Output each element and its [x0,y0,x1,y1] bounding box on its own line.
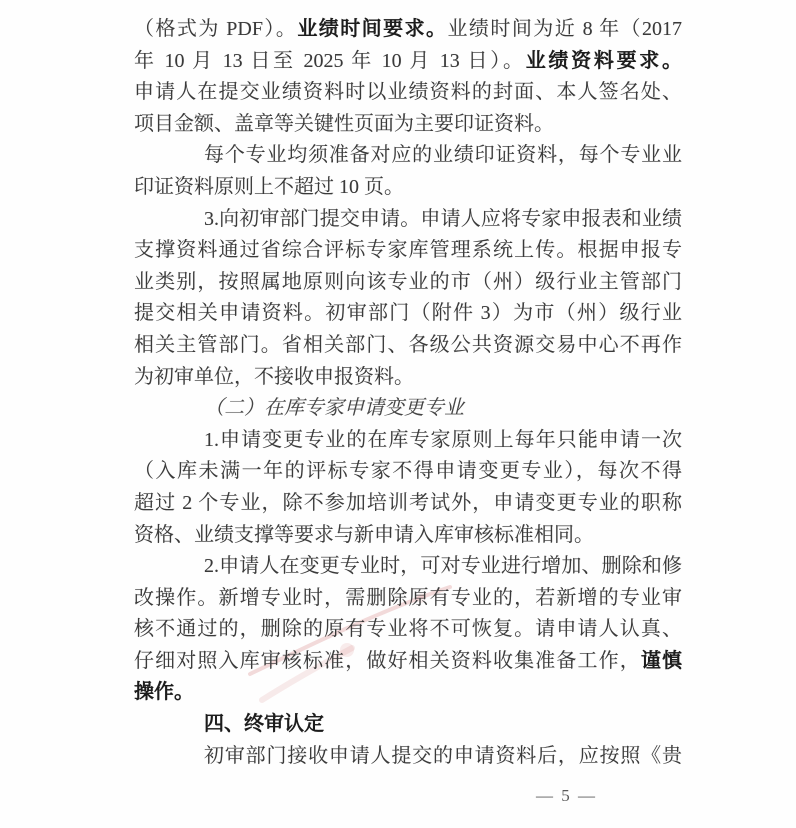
text-run: 每个专业均须准备对应的业绩印证资料，每个专业业绩 [134,144,682,172]
text-line-7: 3.向初审部门提交申请。申请人应将专家申报表和业绩 [134,204,682,236]
text-line-18: 2.申请人在变更专业时，可对专业进行增加、删除和修 [134,551,682,583]
text-line-12: 为初审单位，不接收申报资料。 [134,362,682,394]
text-line-2: 年 10 月 13 日至 2025 年 10 月 13 日）。业绩资料要求。 [134,46,682,78]
text-line-10: 提交相关申请资料。初审部门（附件 3）为市（州）级行业 [134,298,682,330]
text-line-14: 1.申请变更专业的在库专家原则上每年只能申请一次 [134,425,682,457]
text-line-13: （二）在库专家申请变更专业 [134,393,682,425]
text-run: 核不通过的，删除的原有专业将不可恢复。请申请人认真、 [134,618,682,640]
text-run: 资格、业绩支撑等要求与新申请入库审核标准相同。 [134,524,594,546]
text-run: 改操作。新增专业时，需删除原有专业的，若新增的专业审 [134,587,682,609]
text-line-23: 四、终审认定 [134,709,682,741]
text-line-4: 项目金额、盖章等关键性页面为主要印证资料。 [134,109,682,141]
bold-text-run: 操作。 [134,681,194,703]
text-run: 申请人在提交业绩资料时以业绩资料的封面、本人签名处、 [134,81,682,103]
text-line-15: （入库未满一年的评标专家不得申请变更专业），每次不得 [134,456,682,488]
text-line-24: 初审部门接收申请人提交的申请资料后，应按照《贵州 [134,741,682,773]
text-run: 相关主管部门。省相关部门、各级公共资源交易中心不再作 [134,334,682,356]
text-run: 仔细对照入库审核标准，做好相关资料收集准备工作， [134,650,641,672]
text-run: 1.申请变更专业的在库专家原则上每年只能申请一次 [204,429,682,451]
text-line-19: 改操作。新增专业时，需删除原有专业的，若新增的专业审 [134,583,682,615]
document-page: （格式为 PDF）。业绩时间要求。业绩时间为近 8 年（2017年 10 月 1… [0,0,796,828]
text-run: 业类别，按照属地原则向该专业的市（州）级行业主管部门 [134,271,682,293]
text-run: （格式为 PDF）。 [134,18,297,40]
text-run: 初审部门接收申请人提交的申请资料后，应按照《贵州 [134,745,682,773]
text-run: 业绩时间为近 8 年（2017 [447,18,682,40]
text-line-3: 申请人在提交业绩资料时以业绩资料的封面、本人签名处、 [134,77,682,109]
text-line-8: 支撑资料通过省综合评标专家库管理系统上传。根据申报专 [134,235,682,267]
bold-text-run: 谨慎 [641,650,682,672]
text-line-1: （格式为 PDF）。业绩时间要求。业绩时间为近 8 年（2017 [134,14,682,46]
text-run: 印证资料原则上不超过 10 页。 [134,176,404,198]
text-run: 3.向初审部门提交申请。申请人应将专家申报表和业绩 [204,208,682,230]
document-lines: （格式为 PDF）。业绩时间要求。业绩时间为近 8 年（2017年 10 月 1… [134,14,682,772]
text-run: （入库未满一年的评标专家不得申请变更专业），每次不得 [134,460,682,482]
text-run: 2.申请人在变更专业时，可对专业进行增加、删除和修 [204,555,682,577]
text-line-17: 资格、业绩支撑等要求与新申请入库审核标准相同。 [134,520,682,552]
text-run: 超过 2 个专业，除不参加培训考试外，申请变更专业的职称 [134,492,682,514]
text-run: 提交相关申请资料。初审部门（附件 3）为市（州）级行业 [134,302,682,324]
text-line-9: 业类别，按照属地原则向该专业的市（州）级行业主管部门 [134,267,682,299]
text-run: 年 10 月 13 日至 2025 年 10 月 13 日）。 [134,50,526,72]
text-line-22: 操作。 [134,677,682,709]
text-line-21: 仔细对照入库审核标准，做好相关资料收集准备工作，谨慎 [134,646,682,678]
text-line-11: 相关主管部门。省相关部门、各级公共资源交易中心不再作 [134,330,682,362]
text-run: 支撑资料通过省综合评标专家库管理系统上传。根据申报专 [134,239,682,261]
text-line-5: 每个专业均须准备对应的业绩印证资料，每个专业业绩 [134,140,682,172]
text-run: 为初审单位，不接收申报资料。 [134,366,414,388]
bold-text-run: 业绩时间要求。 [297,18,447,40]
text-run: （二）在库专家申请变更专业 [204,397,464,419]
text-run: 项目金额、盖章等关键性页面为主要印证资料。 [134,113,554,135]
page-number: — 5 — [536,786,597,806]
text-line-6: 印证资料原则上不超过 10 页。 [134,172,682,204]
text-line-20: 核不通过的，删除的原有专业将不可恢复。请申请人认真、 [134,614,682,646]
bold-text-run: 业绩资料要求。 [526,50,682,72]
bold-text-run: 四、终审认定 [204,713,324,735]
text-line-16: 超过 2 个专业，除不参加培训考试外，申请变更专业的职称 [134,488,682,520]
